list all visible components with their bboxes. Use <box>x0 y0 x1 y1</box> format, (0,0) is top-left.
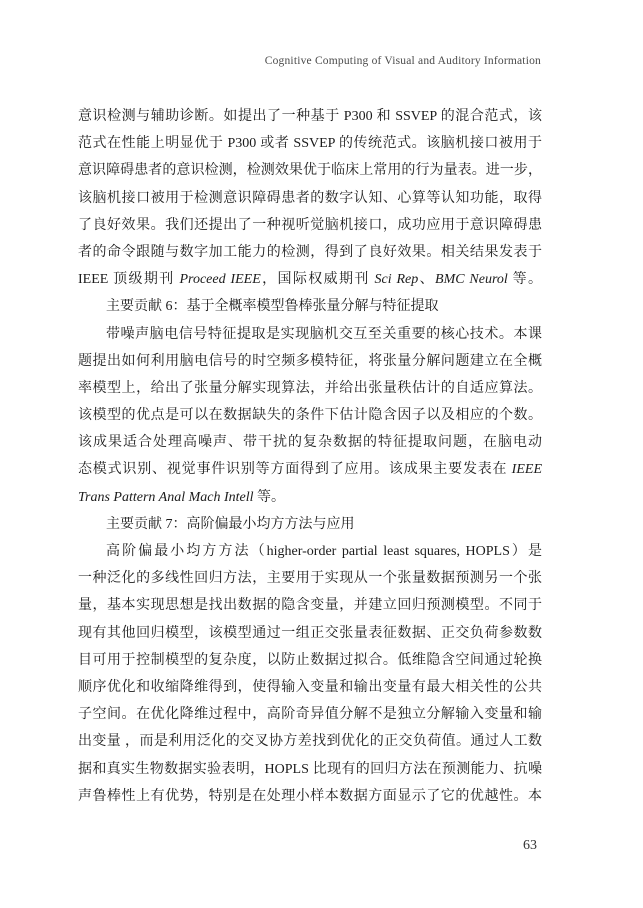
text-segment: 子空间。在优化降维过程中，高阶奇异值分解不是独立分解输入变量和输 <box>78 707 542 722</box>
text-segment: 顺序优化和收缩降维得到，使得输入变量和输出变量有最大相关性的公共 <box>78 680 542 695</box>
text-segment: IEEE 顶级期刊 <box>78 272 179 287</box>
page-number: 63 <box>523 838 537 854</box>
text-segment: 带噪声脑电信号特征提取是实现脑机交互至关重要的核心技术。本课 <box>106 327 542 342</box>
text-line: 出变量 ，而是利用泛化的交叉协方差找到优化的正交负荷值。通过人工数 <box>78 728 542 755</box>
text-line: 者的命令跟随与数字加工能力的检测，得到了良好效果。相关结果发表于 <box>78 239 542 266</box>
text-line: 主要贡献 6：基于全概率模型鲁棒张量分解与特征提取 <box>78 293 542 320</box>
text-line: 声鲁棒性上有优势，特别是在处理小样本数据方面显示了它的优越性。本 <box>78 783 542 810</box>
text-line: 题提出如何利用脑电信号的时空频多模特征，将张量分解问题建立在全概 <box>78 348 542 375</box>
document-page: Cognitive Computing of Visual and Audito… <box>0 0 643 908</box>
text-segment: ，国际权威期刊 <box>261 272 375 287</box>
text-line: 了良好效果。我们还提出了一种视听觉脑机接口，成功应用于意识障碍患 <box>78 212 542 239</box>
text-segment: 了良好效果。我们还提出了一种视听觉脑机接口，成功应用于意识障碍患 <box>78 218 542 233</box>
text-line: 目可用于控制模型的复杂度，以防止数据过拟合。低维隐含空间通过轮换 <box>78 647 542 674</box>
text-segment: 出变量 ，而是利用泛化的交叉协方差找到优化的正交负荷值。通过人工数 <box>78 734 542 749</box>
text-segment: 等。 <box>508 272 542 287</box>
body-text: 意识检测与辅助诊断。如提出了一种基于 P300 和 SSVEP 的混合范式，该范… <box>78 103 542 810</box>
text-segment: 现有其他回归模型，该模型通过一组正交张量表征数据、正交负荷参数数 <box>78 626 542 641</box>
text-line: 据和真实生物数据实验表明，HOPLS 比现有的回归方法在预测能力、抗噪 <box>78 756 542 783</box>
text-line: 一种泛化的多线性回归方法，主要用于实现从一个张量数据预测另一个张 <box>78 565 542 592</box>
text-segment: Trans Pattern Anal Mach Intell <box>78 490 254 505</box>
text-segment: 范式在性能上明显优于 P300 或者 SSVEP 的传统范式。该脑机接口被用于 <box>78 136 542 151</box>
text-segment: 声鲁棒性上有优势，特别是在处理小样本数据方面显示了它的优越性。本 <box>78 789 542 804</box>
text-segment: 该模型的优点是可以在数据缺失的条件下估计隐含因子以及相应的个数。 <box>78 408 542 423</box>
text-segment: 题提出如何利用脑电信号的时空频多模特征，将张量分解问题建立在全概 <box>78 354 542 369</box>
text-line: 主要贡献 7：高阶偏最小均方方法与应用 <box>78 511 542 538</box>
text-line: 意识障碍患者的意识检测，检测效果优于临床上常用的行为量表。进一步， <box>78 157 542 184</box>
text-segment: IEEE <box>512 462 542 477</box>
text-segment: Sci Rep <box>375 272 419 287</box>
text-segment: 主要贡献 6：基于全概率模型鲁棒张量分解与特征提取 <box>106 299 439 314</box>
text-line: 意识检测与辅助诊断。如提出了一种基于 P300 和 SSVEP 的混合范式，该 <box>78 103 542 130</box>
text-line: Trans Pattern Anal Mach Intell 等。 <box>78 484 542 511</box>
text-segment: 该成果适合处理高噪声、带干扰的复杂数据的特征提取问题，在脑电动 <box>78 435 542 450</box>
text-segment: 意识障碍患者的意识检测，检测效果优于临床上常用的行为量表。进一步， <box>78 163 542 178</box>
text-segment: 率模型上，给出了张量分解实现算法，并给出张量秩估计的自适应算法。 <box>78 381 542 396</box>
text-line: 量，基本实现思想是找出数据的隐含变量，并建立回归预测模型。不同于 <box>78 592 542 619</box>
text-segment: 高阶偏最小均方方法（higher-order partial least squ… <box>106 544 542 559</box>
text-segment: 者的命令跟随与数字加工能力的检测，得到了良好效果。相关结果发表于 <box>78 245 542 260</box>
text-segment: 态模式识别、视觉事件识别等方面得到了应用。该成果主要发表在 <box>78 462 512 477</box>
text-line: 该成果适合处理高噪声、带干扰的复杂数据的特征提取问题，在脑电动 <box>78 429 542 456</box>
text-segment: 该脑机接口被用于检测意识障碍患者的数字认知、心算等认知功能，取得 <box>78 191 542 206</box>
text-segment: 一种泛化的多线性回归方法，主要用于实现从一个张量数据预测另一个张 <box>78 571 542 586</box>
text-segment: 、 <box>418 272 435 287</box>
text-line: IEEE 顶级期刊 Proceed IEEE，国际权威期刊 Sci Rep、BM… <box>78 266 542 293</box>
text-line: 高阶偏最小均方方法（higher-order partial least squ… <box>78 538 542 565</box>
text-line: 子空间。在优化降维过程中，高阶奇异值分解不是独立分解输入变量和输 <box>78 701 542 728</box>
text-line: 态模式识别、视觉事件识别等方面得到了应用。该成果主要发表在 IEEE <box>78 456 542 483</box>
text-segment: 意识检测与辅助诊断。如提出了一种基于 P300 和 SSVEP 的混合范式，该 <box>78 109 542 124</box>
text-line: 该模型的优点是可以在数据缺失的条件下估计隐含因子以及相应的个数。 <box>78 402 542 429</box>
text-segment: BMC Neurol <box>435 272 508 287</box>
text-segment: 量，基本实现思想是找出数据的隐含变量，并建立回归预测模型。不同于 <box>78 598 542 613</box>
running-header: Cognitive Computing of Visual and Audito… <box>265 55 541 67</box>
text-segment: 据和真实生物数据实验表明，HOPLS 比现有的回归方法在预测能力、抗噪 <box>78 762 542 777</box>
text-line: 该脑机接口被用于检测意识障碍患者的数字认知、心算等认知功能，取得 <box>78 185 542 212</box>
text-line: 现有其他回归模型，该模型通过一组正交张量表征数据、正交负荷参数数 <box>78 620 542 647</box>
text-segment: Proceed IEEE <box>179 272 260 287</box>
text-segment: 等。 <box>254 490 286 505</box>
text-line: 带噪声脑电信号特征提取是实现脑机交互至关重要的核心技术。本课 <box>78 321 542 348</box>
text-line: 顺序优化和收缩降维得到，使得输入变量和输出变量有最大相关性的公共 <box>78 674 542 701</box>
text-line: 率模型上，给出了张量分解实现算法，并给出张量秩估计的自适应算法。 <box>78 375 542 402</box>
text-segment: 主要贡献 7：高阶偏最小均方方法与应用 <box>106 517 355 532</box>
text-segment: 目可用于控制模型的复杂度，以防止数据过拟合。低维隐含空间通过轮换 <box>78 653 542 668</box>
text-line: 范式在性能上明显优于 P300 或者 SSVEP 的传统范式。该脑机接口被用于 <box>78 130 542 157</box>
